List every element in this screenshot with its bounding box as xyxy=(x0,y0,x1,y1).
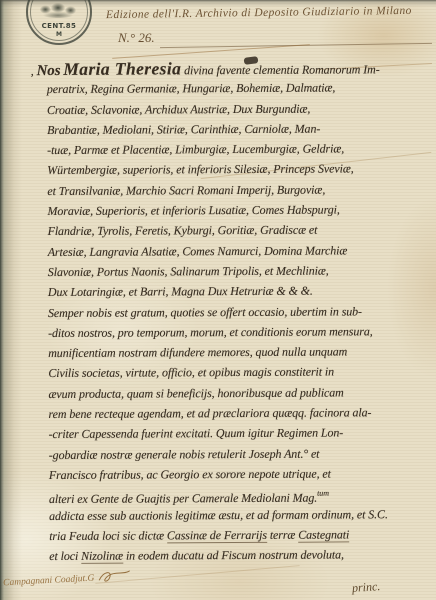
manuscript-line: Flandriæ, Tyrolis, Feretis, Kyburgi, Gor… xyxy=(48,219,434,241)
manuscript-line: -tuæ, Parmæ et Placentiæ, Limburgiæ, Luc… xyxy=(47,138,433,160)
manuscript-line: et Transilvaniæ, Marchio Sacri Romani Im… xyxy=(47,179,433,201)
document-number: N.° 26. xyxy=(118,30,155,46)
manuscript-line: Moraviæ, Superioris, et inferioris Lusat… xyxy=(47,199,433,221)
manuscript-line: Würtembergiæ, superioris, et inferioris … xyxy=(47,158,433,180)
manuscript-line: -ditos nostros, pro temporum, morum, et … xyxy=(48,321,434,343)
manuscript-line: alteri ex Gente de Guajtis per Camerale … xyxy=(49,483,435,505)
stamp-initial: M xyxy=(28,31,90,38)
manuscript-line: et loci Nizolinæ in eodem ducatu ad Fisc… xyxy=(49,544,435,566)
flourish-icon xyxy=(96,568,131,585)
manuscript-line: peratrix, Regina Germaniæ, Hungariæ, Boh… xyxy=(47,77,433,99)
manuscript-line: Slavoniæ, Portus Naonis, Salinarum Tripo… xyxy=(48,260,434,282)
manuscript-line: Croatiæ, Sclavoniæ, Archidux Austriæ, Du… xyxy=(47,98,433,120)
manuscript-line: addicta esse sub auctionis legitimæ æstu… xyxy=(49,504,435,526)
manuscript-line: Artesiæ, Langravia Alsatiæ, Comes Namurc… xyxy=(48,240,434,262)
archive-note: Edizione dell'I.R. Archivio di Deposito … xyxy=(106,5,412,21)
manuscript-page: CENT.85 M Edizione dell'I.R. Archivio di… xyxy=(0,0,436,600)
manuscript-line: , Nos Maria Theresia divina favente clem… xyxy=(31,57,433,79)
manuscript-line: ævum producta, quam si beneficijs, honor… xyxy=(48,382,434,404)
manuscript-line: -criter Capessenda fuerint excitati. Quu… xyxy=(49,422,435,444)
manuscript-line: Brabantiæ, Mediolani, Stiriæ, Carinthiæ,… xyxy=(47,118,433,140)
margin-note: Campagnani Coadjut.G xyxy=(3,568,131,590)
stamp-crest-icon xyxy=(37,1,79,18)
margin-note-text: Campagnani Coadjut.G xyxy=(3,574,95,589)
manuscript-line: Civilis societas, virtute, officio, et o… xyxy=(48,361,434,383)
manuscript-line: tria Feuda loci sic dictæ Cassinæ de Fer… xyxy=(49,524,435,546)
manuscript-line: Francisco fratribus, ac Georgio ex soror… xyxy=(49,463,435,485)
manuscript-line: -gobardiæ nostræ generale nobis retuleri… xyxy=(49,443,435,465)
catchword: princ. xyxy=(352,579,381,596)
manuscript-line: Semper nobis est gratum, quoties se offe… xyxy=(48,301,434,323)
manuscript-body: , Nos Maria Theresia divina favente clem… xyxy=(47,57,436,566)
manuscript-line: munificentiam nostram difundere memores,… xyxy=(48,341,434,363)
manuscript-line: Dux Lotaringiæ, et Barri, Magna Dux Hetr… xyxy=(48,280,434,302)
manuscript-line: rem bene recteque agendam, et ad præclar… xyxy=(48,402,434,424)
stamp-value: CENT.85 xyxy=(28,22,90,30)
revenue-stamp: CENT.85 M xyxy=(26,0,92,45)
